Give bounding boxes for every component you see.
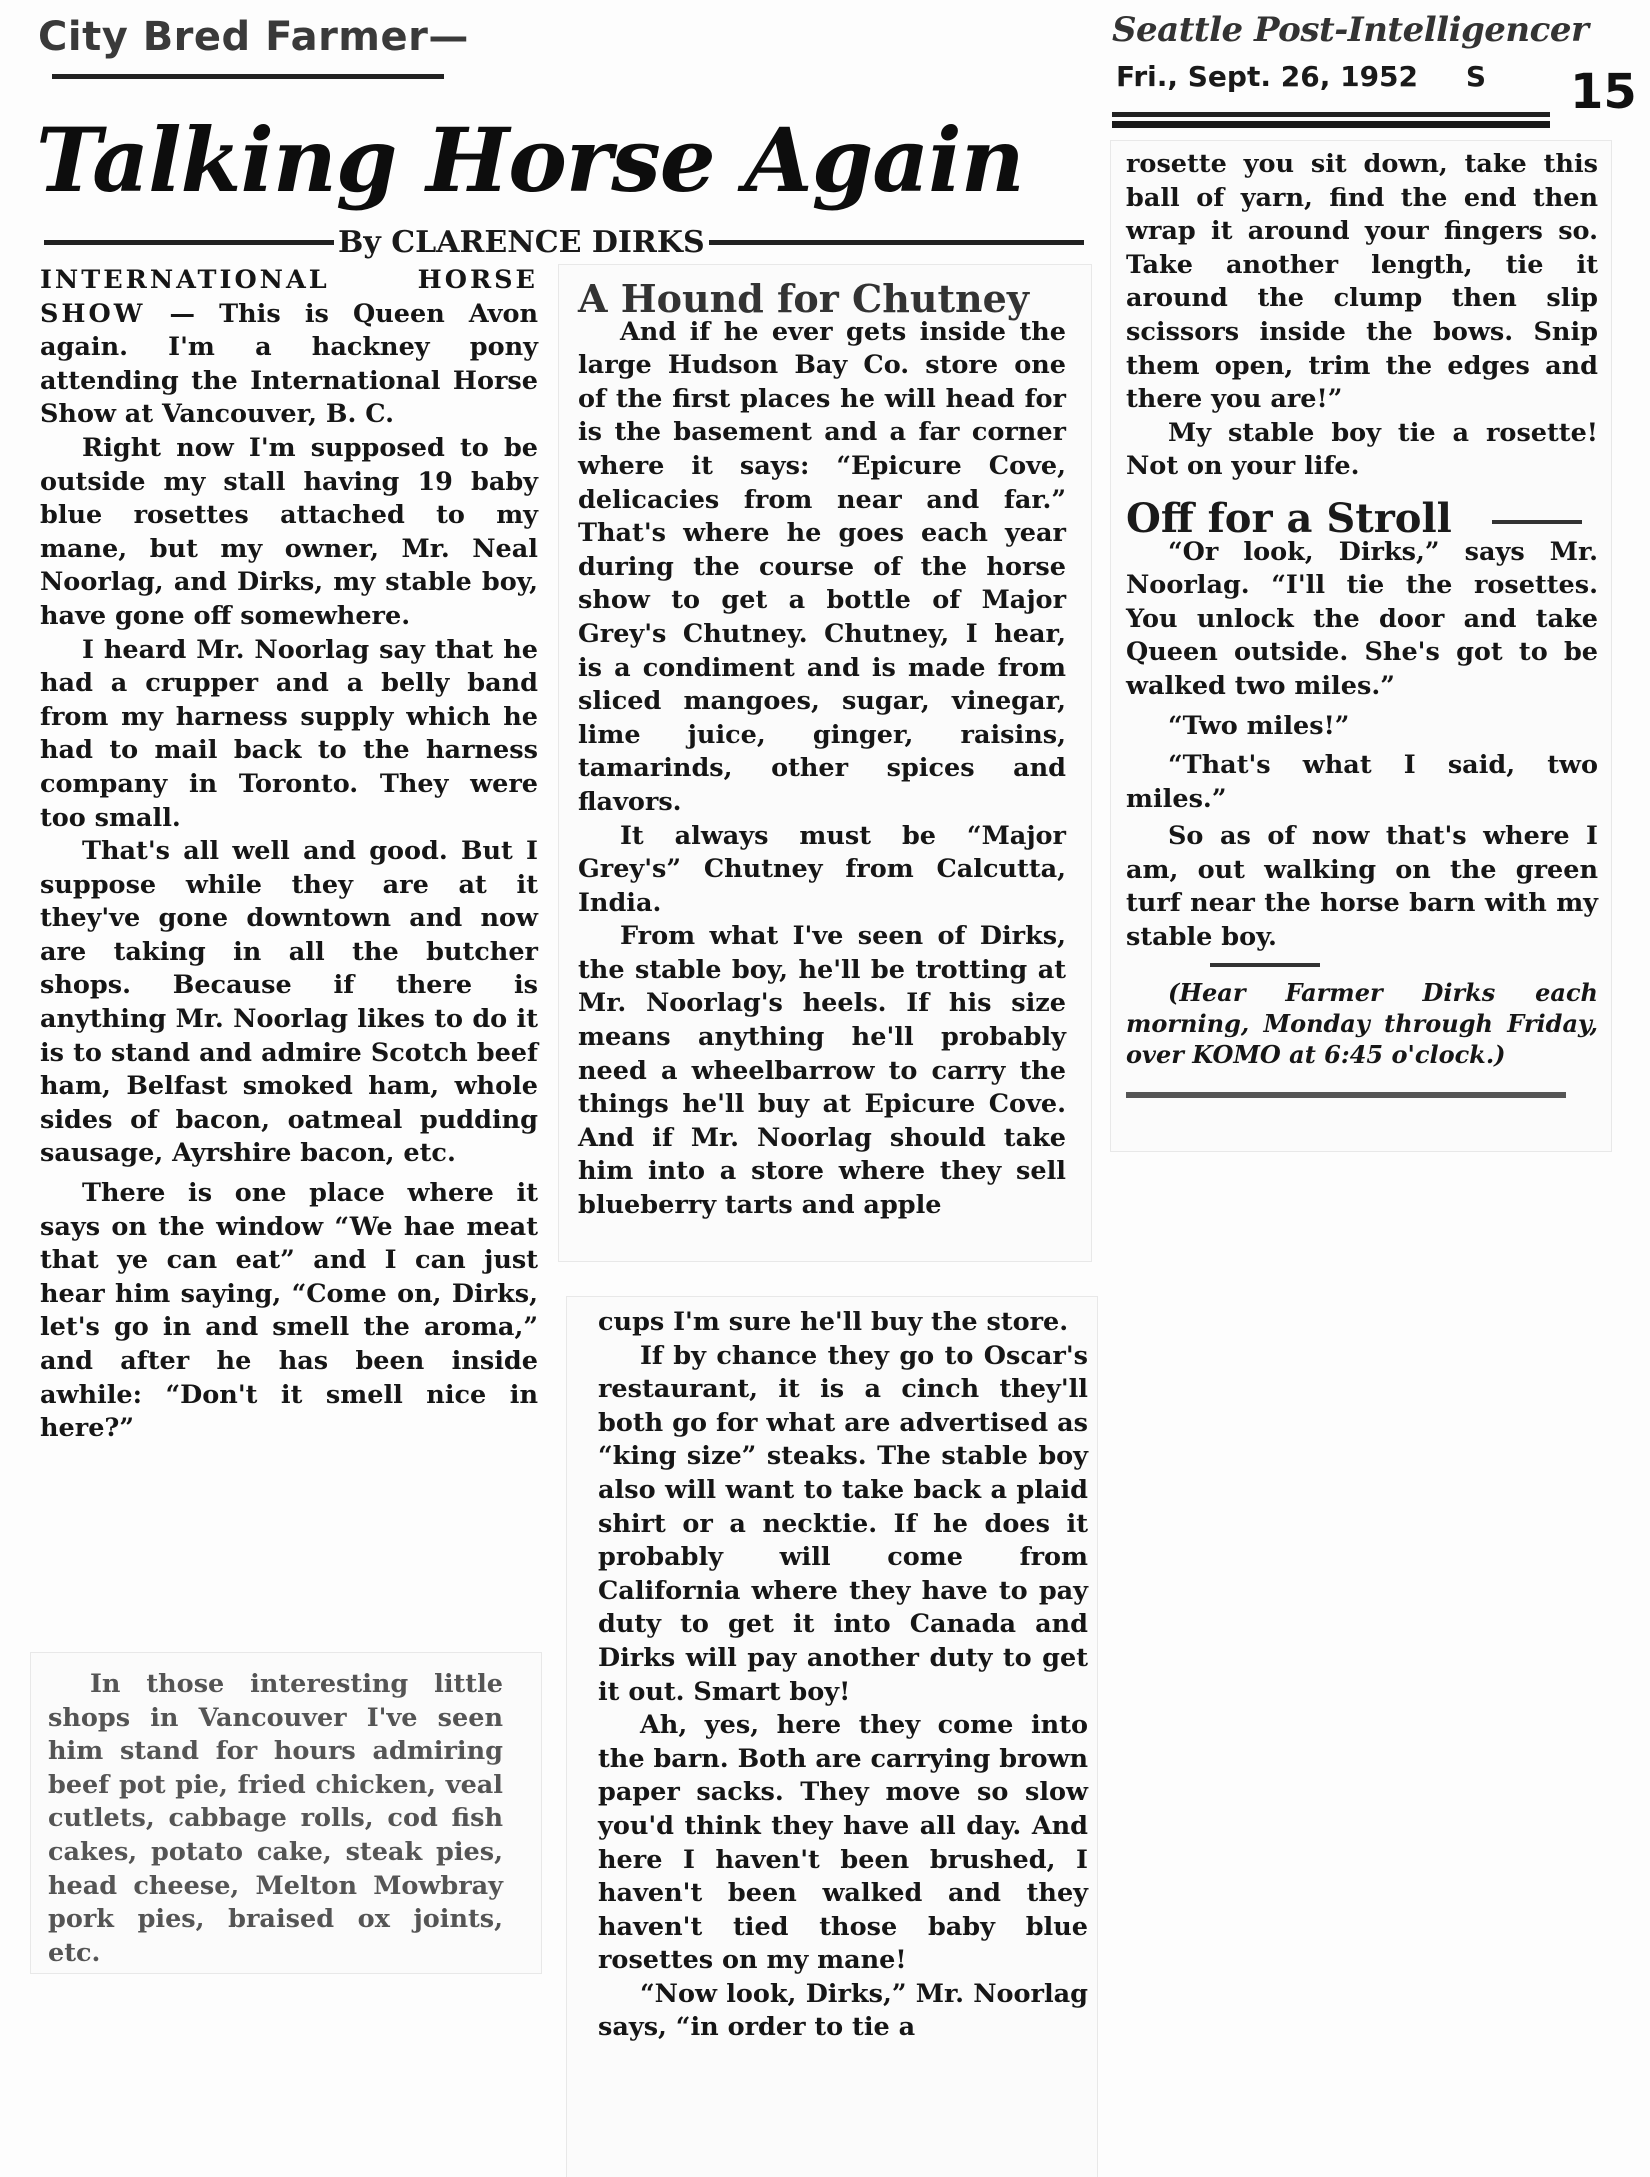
paragraph: “Two miles!” [1126,710,1598,744]
article-column-1: INTERNATIONAL HORSE SHOW — This is Queen… [40,264,538,1446]
paragraph: Ah, yes, here they come into the barn. B… [598,1709,1088,1978]
paragraph: rosette you sit down, take this ball of … [1126,148,1598,417]
paragraph: “Now look, Dirks,” Mr. Noorlag says, “in… [598,1978,1088,2045]
paragraph: There is one place where it says on the … [40,1177,538,1446]
kicker-underline [52,74,444,79]
byline: By CLARENCE DIRKS [334,225,709,260]
paragraph: “That's what I said, two miles.” [1126,749,1598,816]
paragraph: I heard Mr. Noorlag say that he had a cr… [40,634,538,836]
end-rule [1126,1092,1566,1098]
page-number: 15 [1570,64,1637,120]
article-headline: Talking Horse Again [36,108,1024,212]
masthead-rule-thick [1112,121,1550,128]
lead-paragraph: INTERNATIONAL HORSE SHOW — This is Queen… [40,264,538,432]
section-letter: S [1466,60,1486,93]
radio-tagline: (Hear Farmer Dirks each morning, Monday … [1126,977,1598,1070]
issue-date: Fri., Sept. 26, 1952 [1116,60,1418,93]
newspaper-masthead: Seattle Post-Intelligencer [1112,10,1588,50]
paragraph: It always must be “Major Grey's” Chutney… [578,820,1066,921]
byline-rule-right [709,240,1084,245]
paragraph: That's all well and good. But I suppose … [40,835,538,1171]
byline-row: By CLARENCE DIRKS [44,222,1084,262]
subhead-off-for-a-stroll: Off for a Stroll [1126,502,1598,536]
paragraph: Right now I'm supposed to be outside my … [40,432,538,634]
article-column-2: A Hound for Chutney And if he ever gets … [578,282,1066,1223]
paragraph: From what I've seen of Dirks, the stable… [578,920,1066,1222]
masthead-rule [1112,112,1550,117]
subhead-text: Off for a Stroll [1126,495,1452,542]
paragraph: My stable boy tie a rosette! Not on your… [1126,417,1598,484]
paragraph: If by chance they go to Oscar's restaura… [598,1340,1088,1710]
article-column-1-lower: In those interesting little shops in Van… [48,1668,503,1970]
article-column-3: rosette you sit down, take this ball of … [1126,148,1598,1098]
divider-rule [1210,963,1320,967]
kicker-heading: City Bred Farmer— [38,14,469,60]
paragraph: So as of now that's where I am, out walk… [1126,820,1598,954]
paragraph: “Or look, Dirks,” says Mr. Noorlag. “I'l… [1126,536,1598,704]
paragraph: And if he ever gets inside the large Hud… [578,316,1066,820]
byline-rule-left [44,240,334,245]
subhead-hound-for-chutney: A Hound for Chutney [578,282,1066,316]
paragraph: In those interesting little shops in Van… [48,1668,503,1970]
paragraph: cups I'm sure he'll buy the store. [598,1306,1088,1340]
subhead-rule [1492,520,1582,524]
article-column-2-lower: cups I'm sure he'll buy the store. If by… [598,1306,1088,2045]
dateline: Fri., Sept. 26, 1952 S [1116,60,1486,93]
